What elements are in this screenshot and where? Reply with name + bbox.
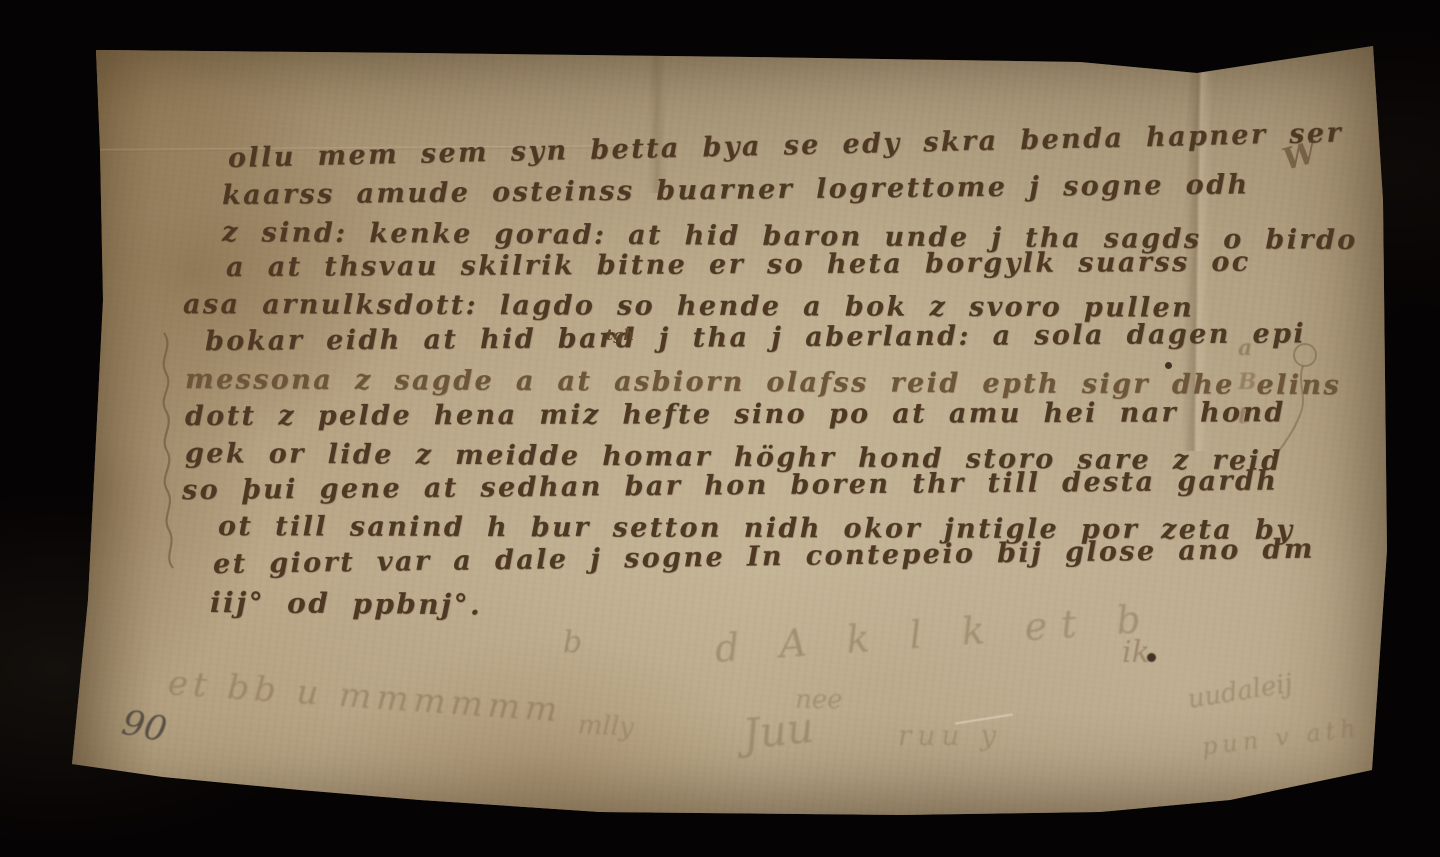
left-margin-squiggle-doodle <box>164 333 173 568</box>
charter-date-line: iij° od ppbnj°. <box>210 586 482 621</box>
charter-text-line-1: ollu mem sem syn betta bya se edy skra b… <box>228 118 1344 174</box>
charter-text-line-7: messona z sagde a at asbiorn olafss reid… <box>185 364 1341 401</box>
pen-trial-scribble: et bb u mmmmmm <box>167 663 564 730</box>
pen-trial-scribble: ruu y <box>898 719 1002 752</box>
pen-trial-scribble: ik <box>1122 635 1150 670</box>
archival-number-90: 90 <box>119 703 170 751</box>
charter-text-line-8: dott z pelde hena miz hefte sino po at a… <box>185 397 1286 432</box>
ink-blot <box>1165 362 1172 369</box>
pen-trial-scribble: uudaleij <box>1186 669 1295 715</box>
pen-trial-scribble: pun v ath <box>1200 714 1362 761</box>
pen-trial-scribble: Juu <box>740 703 816 759</box>
charter-text-line-10: so þui gene at sedhan bar hon boren thr … <box>182 465 1279 506</box>
charter-text-line-5: asa arnulksdott: lagdo so hende a bok z … <box>183 289 1194 324</box>
right-margin-letters: a B t <box>1238 331 1262 433</box>
parchment-charter: ollu mem sem syn betta bya se edy skra b… <box>60 35 1400 825</box>
pen-trial-scribble: mlly <box>577 710 634 743</box>
photo-black-background: ollu mem sem syn betta bya se edy skra b… <box>0 0 1440 857</box>
charter-text-line-4: a at thsvau skilrik bitne er so heta bor… <box>226 247 1251 283</box>
faint-fold-crease <box>648 53 666 193</box>
charter-text-line-2: kaarss amude osteinss buarner logrettome… <box>222 169 1250 211</box>
charter-text-line-6: bokar eidh at hid bard j tha j aberland:… <box>205 318 1306 357</box>
interlinear-insertion: tgh <box>606 326 634 344</box>
pen-trial-scribble: d A k l k et b <box>713 596 1156 671</box>
pen-trial-scribble: b <box>563 625 582 660</box>
